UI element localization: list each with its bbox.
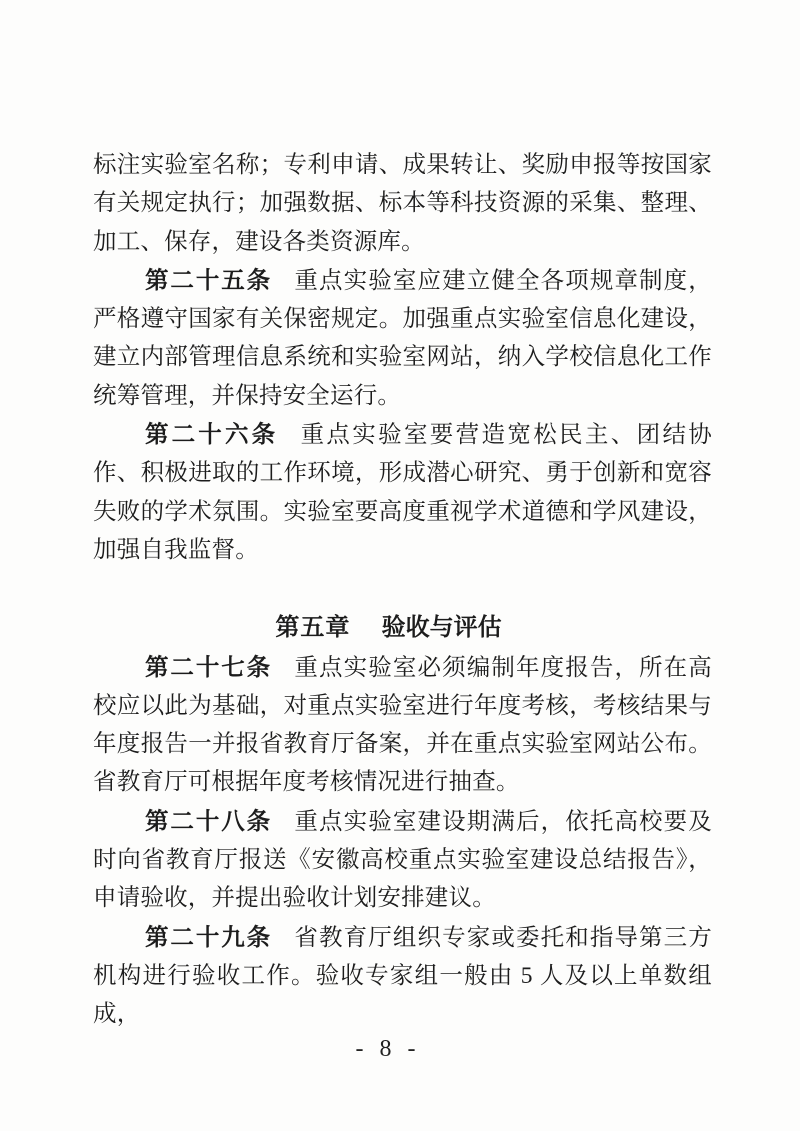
article-paragraph: 第二十七条重点实验室必须编制年度报告，所在高校应以此为基础，对重点实验室进行年度…	[93, 648, 712, 802]
chapter-heading: 第五章验收与评估	[79, 609, 698, 647]
article-number: 第二十九条	[145, 924, 272, 950]
article-paragraph: 第二十九条省教育厅组织专家或委托和指导第三方机构进行验收工作。验收专家组一般由 …	[93, 918, 712, 1034]
article-text: 标注实验室名称；专利申请、成果转让、奖励申报等按国家有关规定执行；加强数据、标本…	[93, 152, 712, 255]
document-page: 标注实验室名称；专利申请、成果转让、奖励申报等按国家有关规定执行；加强数据、标本…	[0, 0, 800, 1131]
article-number: 第二十八条	[145, 808, 272, 834]
continuation-paragraph: 标注实验室名称；专利申请、成果转让、奖励申报等按国家有关规定执行；加强数据、标本…	[93, 146, 712, 261]
page-number: - 8 -	[0, 1036, 788, 1063]
article-paragraph: 第二十八条重点实验室建设期满后，依托高校要及时向省教育厅报送《安徽高校重点实验室…	[93, 802, 712, 918]
article-number: 第二十六条	[145, 421, 278, 447]
article-paragraph: 第二十六条重点实验室要营造宽松民主、团结协作、积极进取的工作环境，形成潜心研究、…	[93, 415, 712, 569]
article-number: 第二十五条	[145, 267, 272, 293]
article-paragraph: 第二十五条重点实验室应建立健全各项规章制度，严格遵守国家有关保密规定。加强重点实…	[93, 261, 712, 415]
chapter-number: 第五章	[275, 614, 350, 641]
document-body: 标注实验室名称；专利申请、成果转让、奖励申报等按国家有关规定执行；加强数据、标本…	[93, 146, 712, 1034]
chapter-title: 验收与评估	[382, 614, 502, 641]
article-number: 第二十七条	[145, 654, 272, 680]
